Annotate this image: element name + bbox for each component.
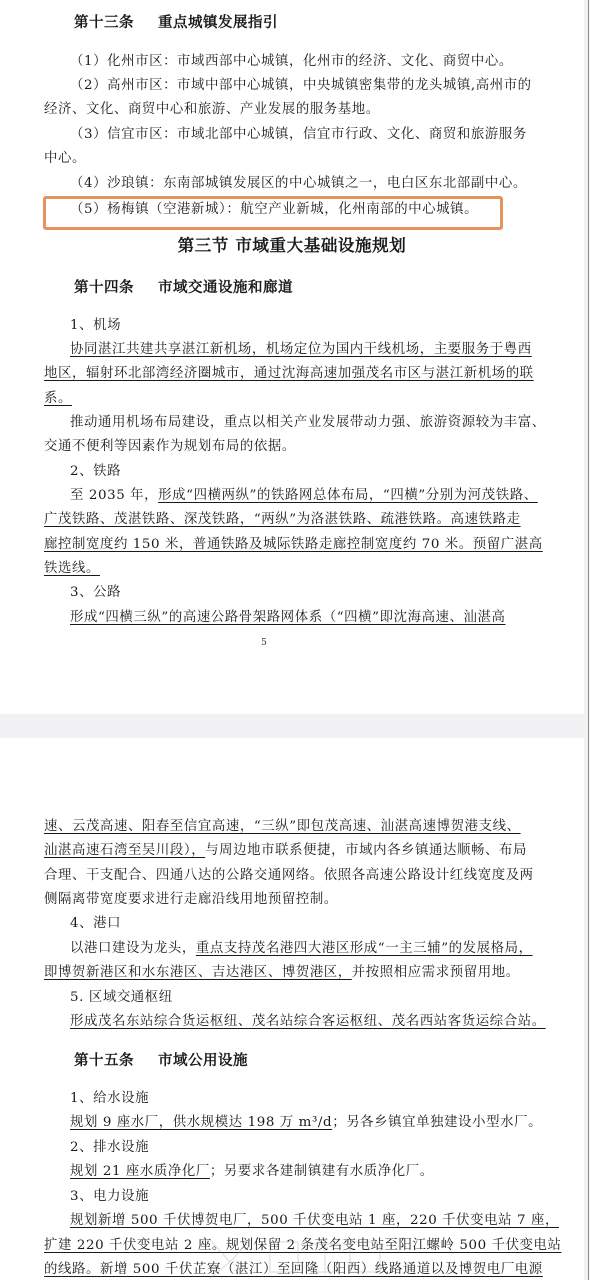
article-number: 第十三条 [74, 15, 134, 31]
article-14-heading: 第十四条市域交通设施和廊道 [74, 278, 293, 298]
railway-text-line: 至 2035 年，形成“四横两纵”的铁路网总体布局，“四横”分别为河茂铁路、 [70, 487, 538, 505]
town-item-huazhou: （1）化州市区：市域西部中心城镇，化州市的经济、文化、商贸中心。 [70, 53, 513, 71]
document-page-6: 速、云茂高速、阳春至信宜高速，“三纵”即包茂高速、汕湛高速博贺港支线、 汕湛高速… [0, 738, 584, 1280]
port-reserve: 并按照相应需求预留用地。 [352, 965, 520, 980]
document-page-5: 第十三条重点城镇发展指引 （1）化州市区：市域西部中心城镇，化州市的经济、文化、… [0, 0, 584, 714]
vertical-scrollbar[interactable] [584, 0, 590, 1280]
drainage-plan: 规划 21 座水质净化厂 [70, 1164, 210, 1179]
highway-text-line: 合理、干支配合、四通八达的公路交通网络。依照各高速公路设计红线宽度及两 [44, 867, 534, 885]
article-title: 重点城镇发展指引 [158, 15, 278, 31]
highway-text-line: 速、云茂高速、阳春至信宜高速，“三纵”即包茂高速、汕湛高速博贺港支线、 [44, 818, 521, 836]
watermark-logo-icon [190, 1232, 390, 1280]
railway-text-line: 铁选线。 [44, 560, 100, 578]
airport-text-line: 系。 [44, 390, 72, 408]
water-text-line: 规划 9 座水厂，供水规模达 198 万 m³/d；另各乡镇宜单独建设小型水厂。 [70, 1114, 542, 1132]
drainage-heading: 2、排水设施 [70, 1139, 149, 1157]
port-text-line: 以港口建设为龙头，重点支持茂名港四大港区形成“一主三辅”的发展格局， [70, 940, 533, 958]
article-title: 市域公用设施 [158, 1053, 248, 1069]
power-heading: 3、电力设施 [70, 1188, 149, 1206]
port-heading: 4、港口 [70, 915, 121, 933]
airport-text-line: 地区，辐射环北部湾经济圈城市，通过沈海高速加强茂名市区与湛江新机场的联 [44, 365, 534, 383]
general-airport-text: 推动通用机场布局建设，重点以相关产业发展带动力强、旅游资源较为丰富、 [70, 414, 546, 432]
highway-heading: 3、公路 [70, 584, 121, 602]
railway-year: 至 2035 年， [70, 488, 158, 503]
highway-text-line: 形成“四横三纵”的高速公路骨架路网体系（“四横”即沈海高速、汕湛高 [70, 609, 506, 627]
highway-network: 与周边地市联系便捷，市域内各乡镇通达顺畅、布局 [205, 843, 527, 858]
article-15-heading: 第十五条市域公用设施 [74, 1051, 248, 1071]
drainage-note: ；另要求各建制镇建有水质净化厂。 [210, 1164, 434, 1179]
hub-text-line: 形成茂名东站综合货运枢纽、茂名站综合客运枢纽、茂名西站客货运综合站。 [70, 1013, 546, 1031]
railway-text-line: 广茂铁路、茂湛铁路、深茂铁路，“两纵”为洛湛铁路、疏港铁路。高速铁路走 [44, 511, 521, 529]
port-intro: 以港口建设为龙头， [70, 941, 196, 956]
article-number: 第十四条 [74, 280, 134, 296]
highway-segment: 汕湛高速石湾至吴川段）， [44, 843, 205, 858]
railway-heading: 2、铁路 [70, 463, 121, 481]
town-item-yangmei: （5）杨梅镇（空港新城）：航空产业新城，化州南部的中心城镇。 [70, 201, 478, 219]
water-heading: 1、给水设施 [70, 1090, 149, 1108]
railway-layout: 形成“四横两纵”的铁路网总体布局，“四横”分别为河茂铁路、 [158, 488, 538, 503]
article-number: 第十五条 [74, 1053, 134, 1069]
port-text-line: 即博贺新港区和水东港区、吉达港区、博贺港区，并按照相应需求预留用地。 [44, 964, 520, 982]
port-areas: 即博贺新港区和水东港区、吉达港区、博贺港区， [44, 965, 352, 980]
water-plan: 规划 9 座水厂，供水规模达 198 万 m³/d [70, 1115, 332, 1130]
highway-text-line: 侧隔离带宽度要求进行走廊沿线用地预留控制。 [44, 891, 338, 909]
section-3-title: 第三节 市域重大基础设施规划 [0, 235, 584, 257]
document-viewer: 第十三条重点城镇发展指引 （1）化州市区：市域西部中心城镇，化州市的经济、文化、… [0, 0, 590, 1280]
drainage-text-line: 规划 21 座水质净化厂；另要求各建制镇建有水质净化厂。 [70, 1163, 434, 1181]
town-item-shalang: （4）沙琅镇：东南部城镇发展区的中心城镇之一，电白区东北部副中心。 [70, 175, 527, 193]
railway-text-line: 廊控制宽度约 150 米，普通铁路及城际铁路走廊控制宽度约 70 米。预留广湛高 [44, 536, 543, 554]
highway-text-line: 汕湛高速石湾至吴川段），与周边地市联系便捷，市域内各乡镇通达顺畅、布局 [44, 842, 527, 860]
airport-text-line: 协同湛江共建共享湛江新机场，机场定位为国内干线机场，主要服务于粤西 [70, 341, 532, 359]
port-layout: 重点支持茂名港四大港区形成“一主三辅”的发展格局， [196, 941, 533, 956]
town-item-xinyi-cont: 中心。 [44, 150, 86, 168]
town-item-gaozhou-cont: 经济、文化、商贸中心和旅游、产业发展的服务基地。 [44, 101, 380, 119]
article-title: 市域交通设施和廊道 [158, 280, 293, 296]
airport-heading: 1、机场 [70, 317, 121, 335]
town-item-xinyi: （3）信宜市区：市域北部中心城镇，信宜市行政、文化、商贸和旅游服务 [70, 126, 527, 144]
scrollbar-track[interactable] [588, 0, 589, 1280]
general-airport-text: 交通不便利等因素作为规划布局的依据。 [44, 438, 296, 456]
water-note: ；另各乡镇宜单独建设小型水厂。 [332, 1115, 542, 1130]
power-text-line: 规划新增 500 千伏博贺电厂，500 千伏变电站 1 座，220 千伏变电站 … [70, 1212, 559, 1230]
page-number: 5 [0, 638, 528, 648]
article-13-heading: 第十三条重点城镇发展指引 [74, 13, 278, 33]
town-item-gaozhou: （2）高州市区：市域中部中心城镇，中央城镇密集带的龙头城镇,高州市的 [70, 77, 532, 95]
hub-heading: 5. 区域交通枢纽 [70, 989, 173, 1007]
